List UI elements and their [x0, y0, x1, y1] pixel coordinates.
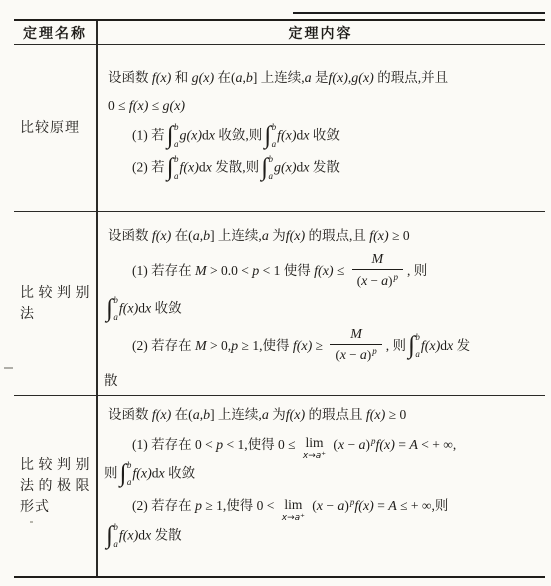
integral-upper-bound: b: [127, 461, 132, 470]
text-run: d: [202, 128, 209, 143]
theorem-content-cell: 设函数 f(x) 在(a,b] 上连续,a 为f(x) 的瑕点,且 f(x) ≥…: [96, 212, 545, 395]
text-run: (: [330, 437, 338, 452]
math-run: f(x): [328, 71, 347, 86]
math-run: f(x): [119, 528, 138, 543]
integral-lower-bound: a: [113, 313, 118, 322]
math-run: A: [388, 499, 397, 514]
text-run: =: [395, 437, 409, 452]
text-run: 的瑕点,并且: [374, 70, 448, 85]
text-run: ): [388, 273, 392, 288]
integral-icon: ∫: [120, 461, 127, 486]
text-run: d: [199, 160, 206, 175]
integral-operator: ∫ba: [261, 154, 273, 181]
integral-upper-bound: b: [272, 123, 277, 132]
table-row: 比较判别法的极限形式设函数 f(x) 在(a,b] 上连续,a 为f(x) 的瑕…: [14, 395, 545, 576]
theorem-content-line: (2) 若存在 p ≥ 1,使得 0 < limx→a⁺ (x − a)pf(x…: [108, 491, 541, 519]
math-run: A: [409, 438, 418, 453]
math-run: M: [195, 339, 207, 354]
text-run: 设函数: [108, 228, 152, 243]
math-run: f(x): [286, 408, 305, 423]
limit-subscript: x→a⁺: [303, 452, 326, 461]
math-run: a: [305, 71, 312, 86]
integral-bounds: ba: [174, 122, 179, 149]
math-run: f(x): [152, 229, 171, 244]
math-run: f(x): [366, 408, 385, 423]
fraction: M(x − a)p: [330, 327, 381, 365]
text-run: 则: [104, 466, 118, 481]
math-run: M: [372, 252, 384, 267]
text-run: −: [346, 347, 360, 362]
integral-upper-bound: b: [113, 523, 118, 532]
integral-bounds: ba: [113, 522, 118, 549]
table-row: 比较原理设函数 f(x) 和 g(x) 在(a,b] 上连续,a 是f(x),g…: [14, 45, 545, 211]
math-run: f(x): [152, 71, 171, 86]
math-run: a: [262, 229, 269, 244]
text-run: 在(: [171, 407, 192, 422]
integral-operator: ∫ba: [106, 522, 118, 549]
text-run: 在(: [171, 228, 192, 243]
text-run: < 1 使得: [259, 263, 314, 278]
text-run: 收敛,则: [215, 128, 262, 143]
theorem-name-line: 法: [20, 304, 96, 325]
text-run: ≥: [312, 338, 326, 353]
math-run: p: [195, 499, 202, 514]
text-run: ≤: [148, 98, 162, 113]
text-run: 在(: [214, 70, 235, 85]
integral-icon: ∫: [106, 296, 113, 321]
math-run: g(x): [274, 161, 297, 176]
theorem-content-line: 则∫baf(x)dx 收敛: [104, 461, 541, 488]
integral-icon: ∫: [408, 333, 415, 358]
math-run: g(x): [351, 71, 374, 86]
theorem-content-line: (2) 若∫baf(x)dx 发散,则∫bag(x)dx 发散: [108, 155, 541, 182]
text-run: 收敛: [310, 128, 340, 143]
theorem-content-line: (2) 若存在 M > 0,p ≥ 1,使得 f(x) ≥ M(x − a)p,…: [108, 328, 541, 366]
text-run: ≥ 0: [385, 407, 406, 422]
text-run: −: [367, 273, 381, 288]
text-run: > 0,: [207, 338, 232, 353]
math-run: b: [203, 408, 210, 423]
text-run: < 1,使得 0 ≤: [223, 437, 299, 452]
integral-lower-bound: a: [127, 478, 132, 487]
fraction-numerator: M: [367, 252, 389, 269]
math-run: f(x): [277, 129, 296, 144]
theorem-name-cell: 比较判别法的极限形式: [14, 396, 96, 576]
math-run: b: [203, 229, 210, 244]
math-run: a: [359, 438, 366, 453]
text-run: (1) 若存在 0 <: [132, 437, 216, 452]
text-run: −: [323, 498, 337, 513]
table-body: 比较原理设函数 f(x) 和 g(x) 在(a,b] 上连续,a 是f(x),g…: [14, 45, 545, 576]
text-run: (1) 若: [132, 128, 165, 143]
fraction-denominator: (x − a)p: [330, 344, 381, 365]
text-run: 为: [269, 407, 286, 422]
text-run: (2) 若存在: [132, 498, 195, 513]
limit-operator: limx→a⁺: [303, 436, 326, 461]
text-run: d: [152, 466, 159, 481]
theorem-content-line: (1) 若∫bag(x)dx 收敛,则∫baf(x)dx 收敛: [108, 123, 541, 150]
math-run: M: [350, 327, 362, 342]
math-run: g(x): [192, 71, 215, 86]
header-theorem-name: 定理名称: [14, 23, 96, 43]
text-run: 设函数: [108, 407, 152, 422]
text-run: 发: [453, 338, 470, 353]
integral-upper-bound: b: [174, 123, 179, 132]
theorem-name-line: 比较判别: [20, 455, 96, 476]
superscript: p: [394, 272, 399, 282]
theorem-name-cell: 比较判别法: [14, 212, 96, 395]
integral-operator: ∫ba: [167, 154, 179, 181]
math-run: b: [246, 71, 253, 86]
theorem-content-line: (1) 若存在 0 < p < 1,使得 0 ≤ limx→a⁺ (x − a)…: [108, 430, 541, 458]
text-run: 设函数: [108, 70, 152, 85]
math-run: f(x): [119, 301, 138, 316]
integral-icon: ∫: [264, 123, 271, 148]
table-row: 比较判别法设函数 f(x) 在(a,b] 上连续,a 为f(x) 的瑕点,且 f…: [14, 211, 545, 395]
text-run: =: [374, 498, 388, 513]
integral-operator: ∫ba: [120, 460, 132, 487]
text-run: −: [344, 437, 358, 452]
text-run: ] 上连续,: [253, 70, 305, 85]
text-run: 散: [104, 373, 118, 388]
theorem-content-line: ∫baf(x)dx 收敛: [104, 296, 541, 323]
text-run: 是: [312, 70, 329, 85]
text-run: ] 上连续,: [210, 228, 262, 243]
text-run: (1) 若存在: [132, 263, 195, 278]
superscript: p: [372, 346, 377, 356]
integral-bounds: ba: [269, 154, 274, 181]
text-run: > 0.0 <: [207, 263, 253, 278]
integral-operator: ∫ba: [408, 332, 420, 359]
theorem-content-line: (1) 若存在 M > 0.0 < p < 1 使得 f(x) ≤ M(x − …: [108, 253, 541, 291]
integral-icon: ∫: [167, 155, 174, 180]
integral-icon: ∫: [106, 523, 113, 548]
text-run: < + ∞,: [418, 437, 456, 452]
limit-word: lim: [305, 436, 323, 450]
math-run: a: [262, 408, 269, 423]
theorem-content-line: 设函数 f(x) 和 g(x) 在(a,b] 上连续,a 是f(x),g(x) …: [108, 67, 541, 90]
math-run: g(x): [179, 129, 202, 144]
math-run: f(x): [179, 161, 198, 176]
theorem-name-cell: 比较原理: [14, 45, 96, 211]
text-run: 为: [269, 228, 286, 243]
integral-lower-bound: a: [269, 172, 274, 181]
integral-upper-bound: b: [174, 155, 179, 164]
text-run: ≥ 0: [389, 228, 410, 243]
theorem-name-line: 形式: [20, 497, 96, 518]
math-run: f(x): [152, 408, 171, 423]
theorem-content-line: 设函数 f(x) 在(a,b] 上连续,a 为f(x) 的瑕点且 f(x) ≥ …: [108, 404, 541, 427]
theorem-name-line: 法的极限: [20, 476, 96, 497]
integral-icon: ∫: [167, 123, 174, 148]
text-run: 0 ≤: [108, 98, 129, 113]
scan-artifact-line: [293, 12, 545, 14]
integral-operator: ∫ba: [167, 122, 179, 149]
math-run: f(x): [421, 339, 440, 354]
text-run: 收敛: [151, 300, 181, 315]
fraction: M(x − a)p: [352, 252, 403, 290]
text-run: ] 上连续,: [210, 407, 262, 422]
math-run: f(x): [129, 99, 148, 114]
theorem-content-line: ∫baf(x)dx 发散: [104, 523, 541, 550]
text-run: d: [440, 338, 447, 353]
text-run: , 则: [407, 263, 427, 278]
integral-bounds: ba: [127, 460, 132, 487]
theorem-name-line: 比较判别: [20, 283, 96, 304]
theorem-table: 定理名称 定理内容 比较原理设函数 f(x) 和 g(x) 在(a,b] 上连续…: [14, 19, 545, 578]
math-run: f(x): [314, 264, 333, 279]
text-run: (: [309, 498, 317, 513]
text-run: ≤: [334, 263, 348, 278]
math-run: a: [360, 348, 367, 363]
table-header-row: 定理名称 定理内容: [14, 21, 545, 45]
text-run: 的瑕点且: [305, 407, 366, 422]
theorem-content-cell: 设函数 f(x) 在(a,b] 上连续,a 为f(x) 的瑕点且 f(x) ≥ …: [96, 396, 545, 576]
fraction-numerator: M: [345, 327, 367, 344]
theorem-content-line: 散: [104, 370, 541, 392]
theorem-content-cell: 设函数 f(x) 和 g(x) 在(a,b] 上连续,a 是f(x),g(x) …: [96, 45, 545, 211]
theorem-content-line: 0 ≤ f(x) ≤ g(x): [108, 95, 541, 118]
scanned-page: 定理名称 定理内容 比较原理设函数 f(x) 和 g(x) 在(a,b] 上连续…: [0, 0, 551, 586]
integral-bounds: ba: [415, 332, 420, 359]
header-theorem-content: 定理内容: [96, 23, 545, 43]
integral-operator: ∫ba: [106, 295, 118, 322]
integral-lower-bound: a: [272, 140, 277, 149]
math-run: f(x): [369, 229, 388, 244]
integral-lower-bound: a: [174, 140, 179, 149]
limit-operator: limx→a⁺: [282, 498, 305, 523]
text-run: 和: [171, 70, 191, 85]
math-run: M: [195, 264, 207, 279]
text-run: ): [344, 498, 349, 513]
integral-bounds: ba: [113, 295, 118, 322]
integral-lower-bound: a: [415, 350, 420, 359]
text-run: (2) 若: [132, 160, 165, 175]
integral-icon: ∫: [261, 155, 268, 180]
math-run: a: [193, 408, 200, 423]
fraction-denominator: (x − a)p: [352, 269, 403, 290]
math-run: f(x): [132, 467, 151, 482]
text-run: 的瑕点,且: [305, 228, 369, 243]
text-run: 发散: [310, 160, 340, 175]
math-run: f(x): [286, 229, 305, 244]
limit-word: lim: [284, 498, 302, 512]
integral-operator: ∫ba: [264, 122, 276, 149]
text-run: 发散: [151, 527, 181, 542]
text-run: ≥ 1,使得: [238, 338, 293, 353]
text-run: , 则: [386, 338, 406, 353]
column-divider: [96, 21, 98, 576]
integral-bounds: ba: [272, 122, 277, 149]
theorem-name-line: 比较原理: [20, 118, 96, 139]
text-run: 收敛: [165, 466, 195, 481]
integral-upper-bound: b: [113, 296, 118, 305]
integral-lower-bound: a: [174, 172, 179, 181]
text-run: ): [366, 437, 371, 452]
theorem-content-line: 设函数 f(x) 在(a,b] 上连续,a 为f(x) 的瑕点,且 f(x) ≥…: [108, 225, 541, 248]
text-run: ≥ 1,使得 0 <: [202, 498, 278, 513]
text-run: ≤ + ∞,则: [397, 498, 449, 513]
text-run: 发散,则: [212, 160, 259, 175]
math-run: f(x): [293, 339, 312, 354]
math-run: f(x): [354, 499, 373, 514]
scan-artifact-dash: [4, 367, 13, 369]
integral-upper-bound: b: [269, 155, 274, 164]
math-run: g(x): [163, 99, 186, 114]
text-run: ): [367, 347, 371, 362]
math-run: a: [193, 229, 200, 244]
math-run: f(x): [376, 438, 395, 453]
integral-lower-bound: a: [113, 540, 118, 549]
integral-upper-bound: b: [415, 333, 420, 342]
integral-bounds: ba: [174, 154, 179, 181]
limit-subscript: x→a⁺: [282, 514, 305, 523]
text-run: (2) 若存在: [132, 338, 195, 353]
